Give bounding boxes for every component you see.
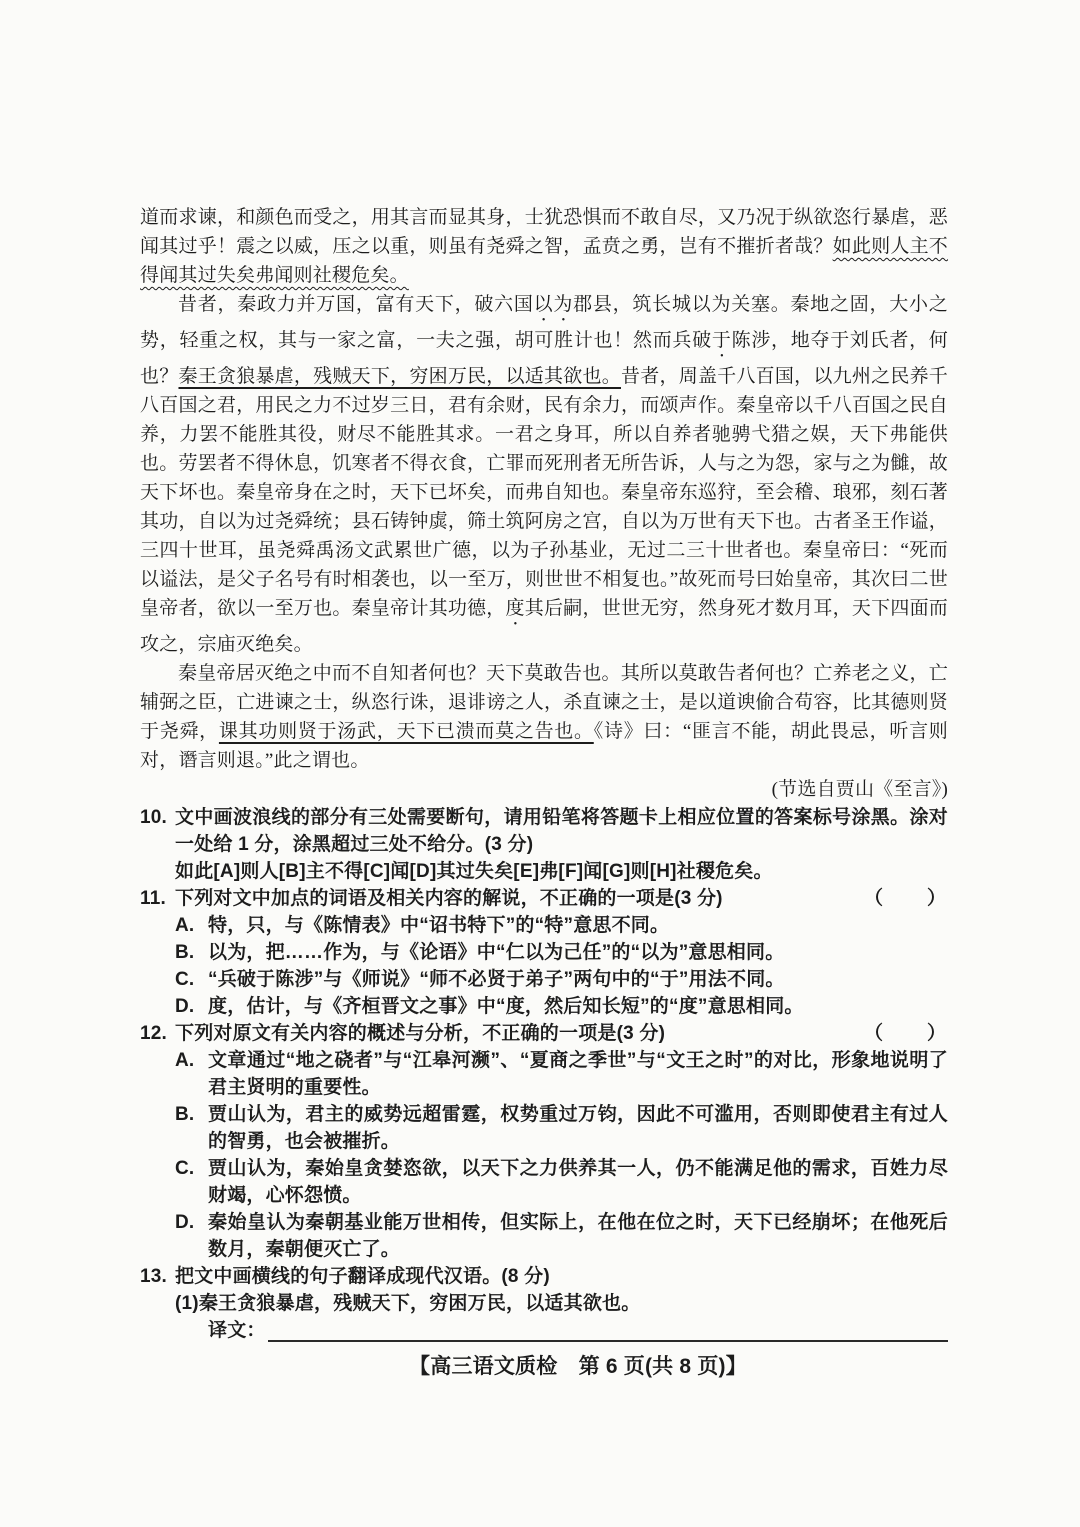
- stem-text: 下列对文中加点的词语及相关内容的解说，不正确的一项是(3 分): [175, 888, 723, 909]
- option-label: A.: [175, 1047, 194, 1074]
- question-number: 13.: [140, 1263, 167, 1290]
- question-13: 13. 把文中画横线的句子翻译成现代汉语。(8 分) (1)秦王贪狼暴虐，残贼天…: [140, 1263, 948, 1344]
- passage-attribution: (节选自贾山《至言》): [140, 775, 948, 804]
- reading-passage: 道而求谏，和颜色而受之，用其言而显其身，士犹恐惧而不敢自尽，又乃况于纵欲恣行暴虐…: [140, 203, 948, 804]
- option-d: D.度，估计，与《齐桓晋文之事》中“度，然后知长短”的“度”意思相同。: [175, 993, 948, 1020]
- question-number: 10.: [140, 804, 167, 831]
- page-content: 道而求谏，和颜色而受之，用其言而显其身，士犹恐惧而不敢自尽，又乃况于纵欲恣行暴虐…: [140, 203, 948, 1382]
- option-label: A.: [175, 912, 194, 939]
- option-c: C.贾山认为，秦始皇贪婪恣欲，以天下之力供养其一人，仍不能满足他的需求，百姓力尽…: [175, 1155, 948, 1209]
- option-text: 特，只，与《陈情表》中“诏书特下”的“特”意思不同。: [208, 915, 669, 936]
- question-10: 10. 文中画波浪线的部分有三处需要断句，请用铅笔将答题卡上相应位置的答案标号涂…: [140, 804, 948, 885]
- underlined-sentence: 课其功则贤于汤武，天下已溃而莫之告也。: [219, 721, 594, 742]
- option-d: D.秦始皇认为秦朝基业能万世相传，但实际上，在他在位之时，天下已经崩坏；在他死后…: [175, 1209, 948, 1263]
- question-13-sentence-1: (1)秦王贪狼暴虐，残贼天下，穷困万民，以适其欲也。: [175, 1290, 948, 1317]
- translation-blank-line: [268, 1319, 948, 1342]
- translation-row: 译文：: [175, 1317, 948, 1344]
- stem-text: 下列对原文有关内容的概述与分析，不正确的一项是(3 分): [175, 1023, 665, 1044]
- option-a: A.文章通过“地之硗者”与“江皋河濒”、“夏商之季世”与“文王之时”的对比，形象…: [175, 1047, 948, 1101]
- passage-text: 昔者，秦政力并万国，富有天下，破六国: [178, 294, 534, 315]
- option-b: B.贾山认为，君主的威势远超雷霆，权势重过万钧，因此不可滥用，否则即使君主有过人…: [175, 1101, 948, 1155]
- question-12-stem: （ ）下列对原文有关内容的概述与分析，不正确的一项是(3 分): [175, 1020, 948, 1047]
- question-10-segmentation-line: 如此[A]则人[B]主不得[C]闻[D]其过失矣[E]弗[F]闻[G]则[H]社…: [175, 858, 948, 885]
- option-label: B.: [175, 939, 194, 966]
- emphasis-dotted-word: 度: [506, 598, 525, 619]
- option-b: B.以为，把……作为，与《论语》中“仁以为己任”的“以为”意思相同。: [175, 939, 948, 966]
- question-number: 12.: [140, 1020, 167, 1047]
- passage-text: 道而求谏，和颜色而受之，用其言而显其身，士犹恐惧而不敢自尽，又乃况于纵欲恣行暴虐…: [140, 207, 948, 257]
- option-text: 贾山认为，君主的威势远超雷霆，权势重过万钧，因此不可滥用，否则即使君主有过人的智…: [208, 1104, 948, 1152]
- passage-paragraph-3: 秦皇帝居灭绝之中而不自知者何也？天下莫敢告也。其所以莫敢告者何也？亡养老之义，亡…: [140, 659, 948, 775]
- question-number: 11.: [140, 885, 166, 912]
- passage-paragraph-1: 道而求谏，和颜色而受之，用其言而显其身，士犹恐惧而不敢自尽，又乃况于纵欲恣行暴虐…: [140, 203, 948, 290]
- page-footer: 【高三语文质检 第 6 页(共 8 页)】: [174, 1352, 982, 1382]
- option-text: 贾山认为，秦始皇贪婪恣欲，以天下之力供养其一人，仍不能满足他的需求，百姓力尽财竭…: [208, 1158, 948, 1206]
- answer-brackets: （ ）: [864, 885, 948, 912]
- option-label: D.: [175, 993, 194, 1020]
- question-10-stem: 文中画波浪线的部分有三处需要断句，请用铅笔将答题卡上相应位置的答案标号涂黑。涂对…: [175, 804, 948, 858]
- option-text: 度，估计，与《齐桓晋文之事》中“度，然后知长短”的“度”意思相同。: [208, 996, 804, 1017]
- underlined-sentence: 秦王贪狼暴虐，残贼天下，穷困万民，以适其欲也。: [178, 366, 621, 387]
- option-text: 文章通过“地之硗者”与“江皋河濒”、“夏商之季世”与“文王之时”的对比，形象地说…: [208, 1050, 948, 1098]
- option-label: D.: [175, 1209, 194, 1236]
- passage-text: 昔者，周盖千八百国，以九州之民养千八百国之君，用民之力不过岁三日，君有余财，民有…: [140, 366, 948, 619]
- option-text: 秦始皇认为秦朝基业能万世相传，但实际上，在他在位之时，天下已经崩坏；在他死后数月…: [208, 1212, 948, 1260]
- exam-page: 道而求谏，和颜色而受之，用其言而显其身，士犹恐惧而不敢自尽，又乃况于纵欲恣行暴虐…: [0, 0, 1080, 1527]
- translation-label: 译文：: [208, 1317, 266, 1344]
- option-text: 以为，把……作为，与《论语》中“仁以为己任”的“以为”意思相同。: [208, 942, 784, 963]
- answer-brackets: （ ）: [864, 1020, 948, 1047]
- question-11: 11. （ ）下列对文中加点的词语及相关内容的解说，不正确的一项是(3 分) A…: [140, 885, 948, 1020]
- option-c: C.“兵破于陈涉”与《师说》“师不必贤于弟子”两句中的“于”用法不同。: [175, 966, 948, 993]
- option-text: “兵破于陈涉”与《师说》“师不必贤于弟子”两句中的“于”用法不同。: [208, 969, 785, 990]
- option-label: B.: [175, 1101, 194, 1128]
- option-label: C.: [175, 1155, 194, 1182]
- question-13-stem: 把文中画横线的句子翻译成现代汉语。(8 分): [175, 1263, 948, 1290]
- option-label: C.: [175, 966, 194, 993]
- question-11-stem: （ ）下列对文中加点的词语及相关内容的解说，不正确的一项是(3 分): [175, 885, 948, 912]
- questions-section: 10. 文中画波浪线的部分有三处需要断句，请用铅笔将答题卡上相应位置的答案标号涂…: [140, 804, 948, 1382]
- emphasis-dotted-word: 于: [712, 330, 732, 351]
- option-a: A.特，只，与《陈情表》中“诏书特下”的“特”意思不同。: [175, 912, 948, 939]
- passage-paragraph-2: 昔者，秦政力并万国，富有天下，破六国以为郡县，筑长城以为关塞。秦地之固，大小之势…: [140, 290, 948, 659]
- emphasis-dotted-word: 以为: [534, 294, 574, 315]
- question-12: 12. （ ）下列对原文有关内容的概述与分析，不正确的一项是(3 分) A.文章…: [140, 1020, 948, 1263]
